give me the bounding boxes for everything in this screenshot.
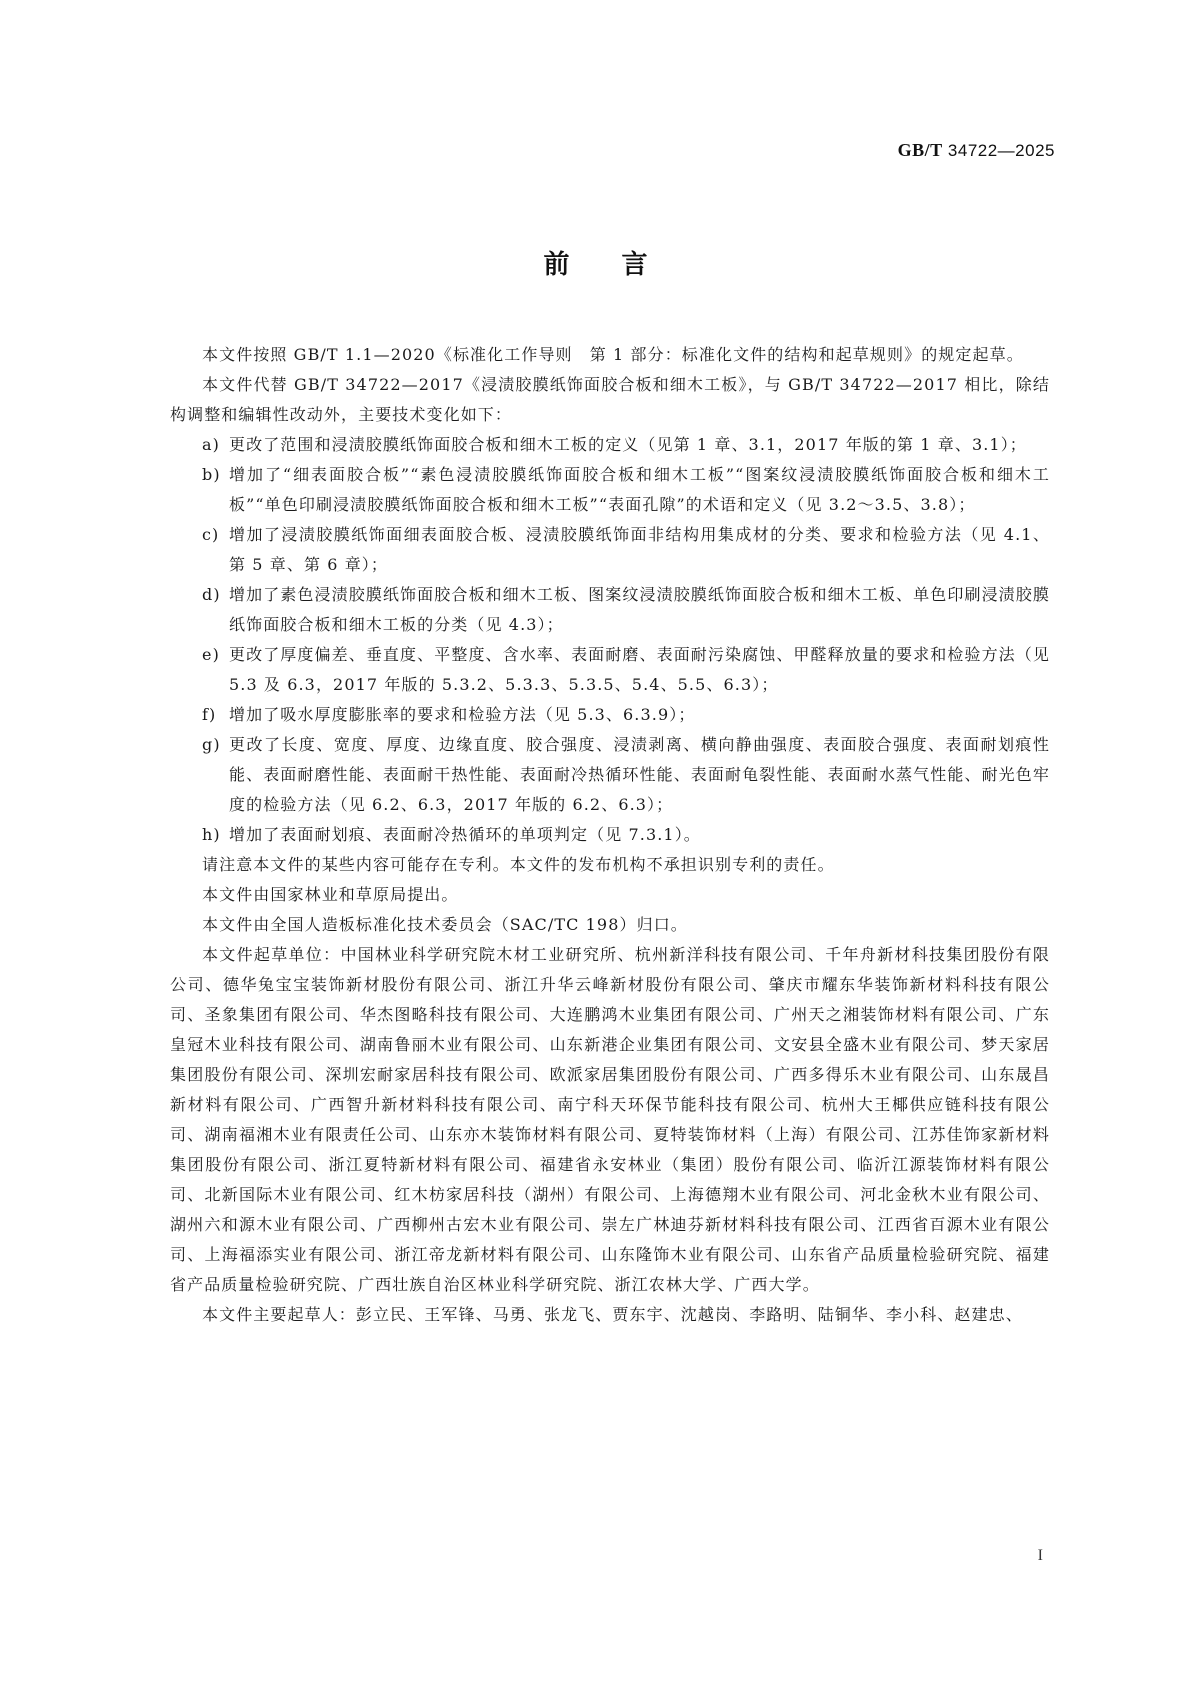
list-marker: g) [202,730,221,760]
list-marker: d) [202,580,221,610]
list-item-text: 更改了长度、宽度、厚度、边缘直度、胶合强度、浸渍剥离、横向静曲强度、表面胶合强度… [229,735,1050,814]
list-marker: c) [202,520,219,550]
list-marker: f) [202,700,216,730]
list-item-text: 更改了厚度偏差、垂直度、平整度、含水率、表面耐磨、表面耐污染腐蚀、甲醛释放量的要… [229,645,1050,694]
main-drafters: 本文件主要起草人：彭立民、王军锋、马勇、张龙飞、贾东宇、沈越岗、李路明、陆铜华、… [170,1300,1050,1330]
document-body: 本文件按照 GB/T 1.1—2020《标准化工作导则 第 1 部分：标准化文件… [170,340,1050,1330]
paragraph-replacement: 本文件代替 GB/T 34722—2017《浸渍胶膜纸饰面胶合板和细木工板》，与… [170,370,1050,430]
list-item: d) 增加了素色浸渍胶膜纸饰面胶合板和细木工板、图案纹浸渍胶膜纸饰面胶合板和细木… [170,580,1050,640]
list-item-text: 增加了浸渍胶膜纸饰面细表面胶合板、浸渍胶膜纸饰面非结构用集成材的分类、要求和检验… [229,525,1050,574]
proposed-by: 本文件由国家林业和草原局提出。 [170,880,1050,910]
list-item: c) 增加了浸渍胶膜纸饰面细表面胶合板、浸渍胶膜纸饰面非结构用集成材的分类、要求… [170,520,1050,580]
list-item-text: 更改了范围和浸渍胶膜纸饰面胶合板和细木工板的定义（见第 1 章、3.1，2017… [229,435,1027,454]
list-marker: h) [202,820,221,850]
list-item-text: 增加了表面耐划痕、表面耐冷热循环的单项判定（见 7.3.1）。 [229,825,701,844]
list-item: e) 更改了厚度偏差、垂直度、平整度、含水率、表面耐磨、表面耐污染腐蚀、甲醛释放… [170,640,1050,700]
list-item: b) 增加了“细表面胶合板”“素色浸渍胶膜纸饰面胶合板和细木工板”“图案纹浸渍胶… [170,460,1050,520]
list-marker: a) [202,430,220,460]
changes-list: a) 更改了范围和浸渍胶膜纸饰面胶合板和细木工板的定义（见第 1 章、3.1，2… [170,430,1050,850]
list-item: a) 更改了范围和浸渍胶膜纸饰面胶合板和细木工板的定义（见第 1 章、3.1，2… [170,430,1050,460]
list-item-text: 增加了“细表面胶合板”“素色浸渍胶膜纸饰面胶合板和细木工板”“图案纹浸渍胶膜纸饰… [229,465,1050,514]
list-item: f) 增加了吸水厚度膨胀率的要求和检验方法（见 5.3、6.3.9）； [170,700,1050,730]
managed-by: 本文件由全国人造板标准化技术委员会（SAC/TC 198）归口。 [170,910,1050,940]
page-number: I [1038,1547,1043,1565]
drafting-units: 本文件起草单位：中国林业科学研究院木材工业研究所、杭州新洋科技有限公司、千年舟新… [170,940,1050,1300]
list-item-text: 增加了素色浸渍胶膜纸饰面胶合板和细木工板、图案纹浸渍胶膜纸饰面胶合板和细木工板、… [229,585,1050,634]
list-item-text: 增加了吸水厚度膨胀率的要求和检验方法（见 5.3、6.3.9）； [229,705,695,724]
list-item: g) 更改了长度、宽度、厚度、边缘直度、胶合强度、浸渍剥离、横向静曲强度、表面胶… [170,730,1050,820]
patent-notice: 请注意本文件的某些内容可能存在专利。本文件的发布机构不承担识别专利的责任。 [170,850,1050,880]
list-marker: e) [202,640,220,670]
list-marker: b) [202,460,221,490]
standard-prefix: GB/T [898,140,943,160]
list-item: h) 增加了表面耐划痕、表面耐冷热循环的单项判定（见 7.3.1）。 [170,820,1050,850]
standard-number: 34722—2025 [948,141,1055,160]
page-title: 前言 [0,244,1191,281]
paragraph-drafting-basis: 本文件按照 GB/T 1.1—2020《标准化工作导则 第 1 部分：标准化文件… [170,340,1050,370]
standard-code: GB/T 34722—2025 [898,140,1055,161]
